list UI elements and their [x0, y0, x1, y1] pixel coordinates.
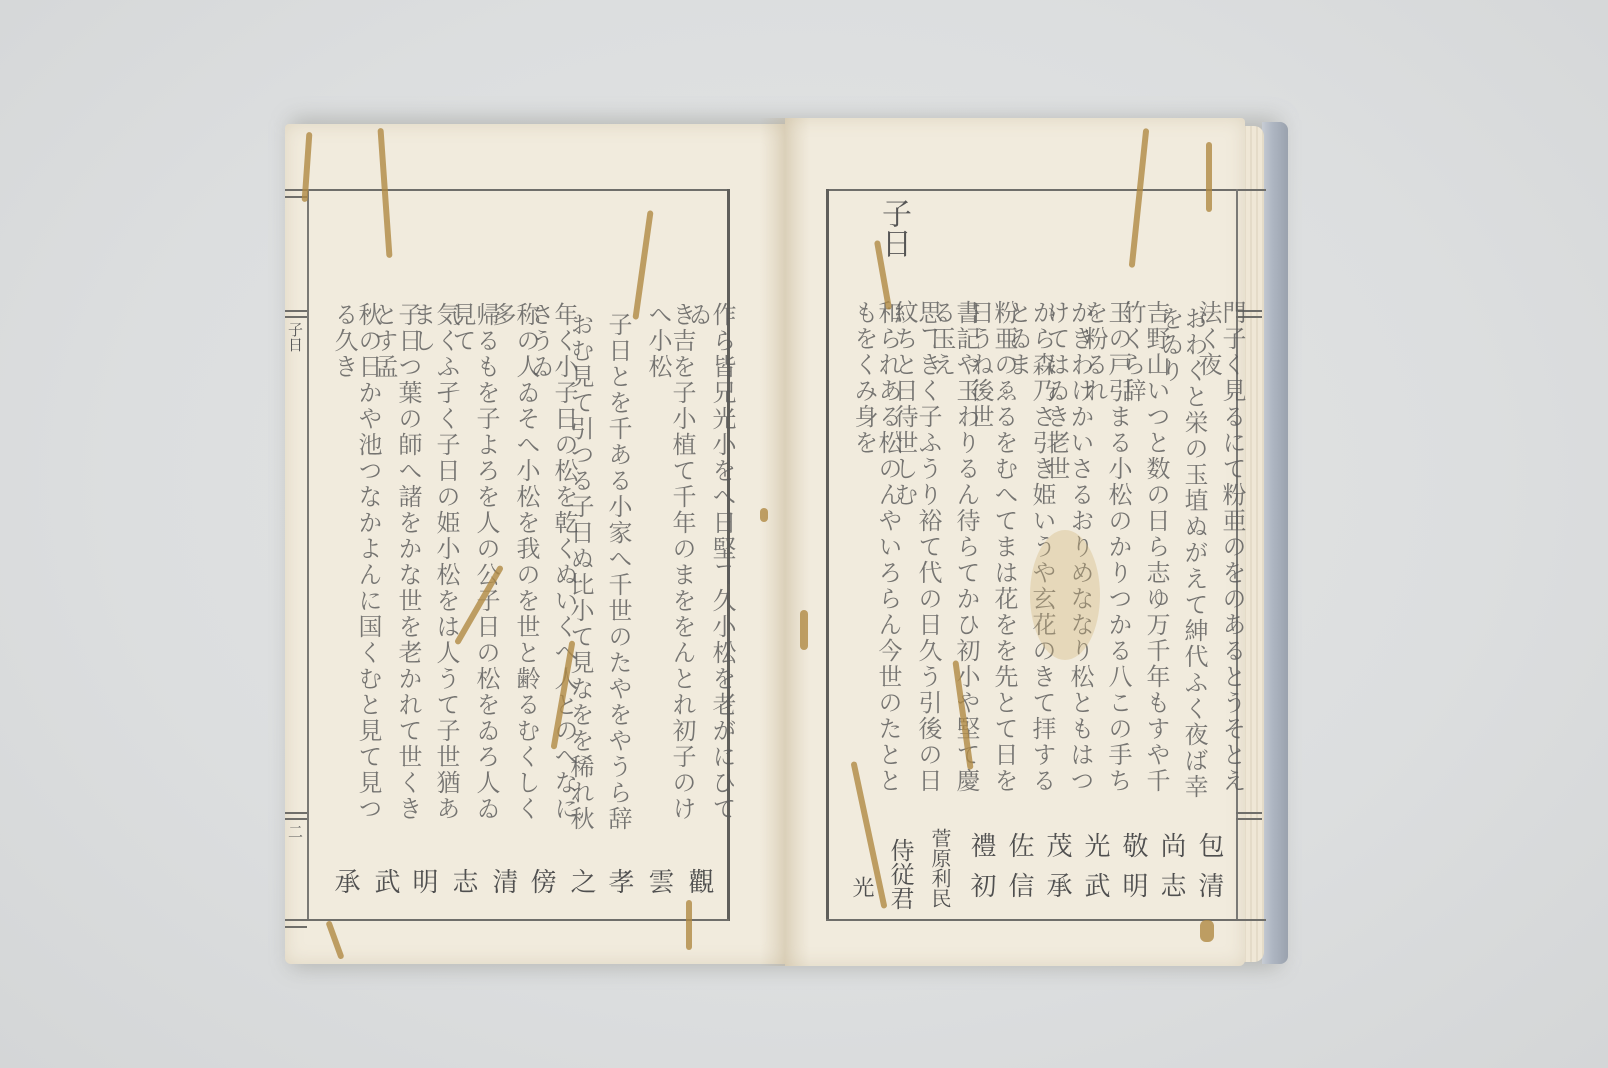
- right-outer-rule: [826, 189, 829, 921]
- poet-name: 禮: [968, 832, 994, 858]
- wormhole-trail: [686, 900, 692, 950]
- poet-name: 武: [372, 868, 398, 894]
- section-heading: 子日: [878, 198, 908, 258]
- poet-name: 傍: [528, 868, 554, 894]
- hashira-rule-right: [1236, 818, 1262, 820]
- poet-name: 佐: [1006, 832, 1032, 858]
- wormhole-spot: [760, 508, 768, 522]
- hashira-rule: [285, 818, 307, 820]
- right-bottom-rule: [826, 919, 1266, 921]
- left-top-rule: [285, 189, 729, 191]
- page-number: 二: [282, 824, 306, 839]
- right-top-rule: [826, 189, 1266, 191]
- wormhole-trail: [1200, 920, 1214, 942]
- poet-name: 包: [1196, 832, 1222, 858]
- hashira-rule: [285, 316, 307, 318]
- text-column: 秋の日かや池つなかよんに国くむと見て見つる久き: [332, 302, 380, 842]
- poet-name: 承: [1044, 872, 1070, 898]
- hashira-rule: [285, 310, 307, 312]
- poet-name: 志: [1158, 872, 1184, 898]
- left-inner-rule: [307, 189, 309, 921]
- poet-name: 光: [850, 876, 872, 898]
- book-gutter: [760, 118, 810, 966]
- poet-name: 明: [1120, 872, 1146, 898]
- book-cover-edge: [1262, 122, 1288, 964]
- poet-name: 初: [968, 872, 994, 898]
- hashira-title: 子日: [282, 322, 306, 352]
- poet-name: 觀: [686, 868, 712, 894]
- water-stain: [1030, 530, 1100, 660]
- text-column: 和られある松のんやいろらん今世のたとともをくみ身を: [852, 300, 900, 810]
- wormhole-trail: [1206, 142, 1212, 212]
- poet-name: 清: [1196, 872, 1222, 898]
- poet-name: 菅原利民: [930, 828, 950, 908]
- poet-name: 孝: [606, 868, 632, 894]
- poet-name: 明: [410, 868, 436, 894]
- left-bottom-rule-inner: [285, 926, 307, 928]
- poet-name: 志: [450, 868, 476, 894]
- poet-name: 清: [490, 868, 516, 894]
- poet-name: 之: [568, 868, 594, 894]
- left-bottom-rule: [285, 919, 729, 921]
- poet-name: 尚: [1158, 832, 1184, 858]
- text-column: 子日とを千ある小家へ千世のたやをやうら辞: [606, 312, 630, 842]
- hashira-rule-right: [1236, 812, 1262, 814]
- poet-name: 茂: [1044, 832, 1070, 858]
- poet-name: 承: [332, 868, 358, 894]
- wormhole-spot: [800, 610, 808, 650]
- poet-name: 信: [1006, 872, 1032, 898]
- poet-name: 敬: [1120, 832, 1146, 858]
- poet-name: 侍従君: [888, 838, 912, 910]
- poet-name: 武: [1082, 872, 1108, 898]
- poet-name: 光: [1082, 832, 1108, 858]
- text-column: き吉を子小植て千年のまををんとれ初子のけへ小松: [646, 302, 694, 842]
- hashira-rule: [285, 812, 307, 814]
- poet-name: 雲: [646, 868, 672, 894]
